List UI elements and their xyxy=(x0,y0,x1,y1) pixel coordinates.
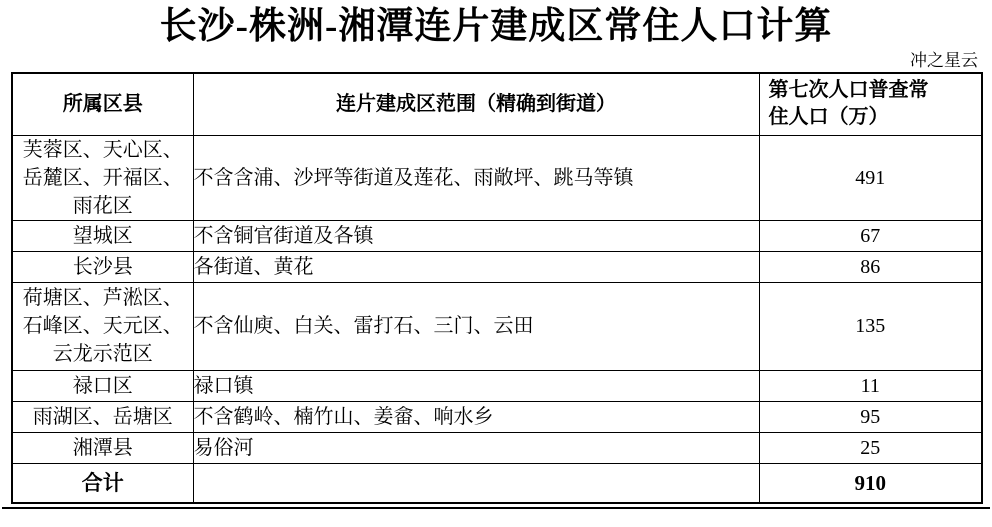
district-cell: 湘潭县 xyxy=(12,432,193,463)
bottom-rule xyxy=(2,507,990,509)
total-scope-cell xyxy=(193,463,759,503)
scope-cell: 易俗河 xyxy=(193,432,759,463)
table-row: 望城区 不含铜官街道及各镇 67 xyxy=(12,220,982,251)
district-cell: 禄口区 xyxy=(12,370,193,401)
district-cell: 望城区 xyxy=(12,220,193,251)
population-cell: 11 xyxy=(759,370,982,401)
table-row: 禄口区 禄口镇 11 xyxy=(12,370,982,401)
scope-cell: 不含含浦、沙坪等街道及莲花、雨敞坪、跳马等镇 xyxy=(193,135,759,220)
table-row: 湘潭县 易俗河 25 xyxy=(12,432,982,463)
total-population-cell: 910 xyxy=(759,463,982,503)
scope-cell: 不含仙庾、白关、雷打石、三门、云田 xyxy=(193,282,759,370)
population-table: 所属区县 连片建成区范围（精确到街道） 第七次人口普查常 住人口（万） 芙蓉区、… xyxy=(11,72,983,504)
table-row: 雨湖区、岳塘区 不含鹤岭、楠竹山、姜畲、响水乡 95 xyxy=(12,401,982,432)
population-cell: 25 xyxy=(759,432,982,463)
total-row: 合计 910 xyxy=(12,463,982,503)
district-cell: 芙蓉区、天心区、 岳麓区、开福区、 雨花区 xyxy=(12,135,193,220)
scope-cell: 各街道、黄花 xyxy=(193,251,759,282)
district-cell: 雨湖区、岳塘区 xyxy=(12,401,193,432)
col-header-population: 第七次人口普查常 住人口（万） xyxy=(759,73,982,135)
scope-cell: 不含铜官街道及各镇 xyxy=(193,220,759,251)
document-page: 长沙-株洲-湘潭连片建成区常住人口计算 冲之星云 所属区县 连片建成区范围（精确… xyxy=(0,0,992,527)
district-cell: 长沙县 xyxy=(12,251,193,282)
table-row: 荷塘区、芦淞区、 石峰区、天元区、 云龙示范区 不含仙庾、白关、雷打石、三门、云… xyxy=(12,282,982,370)
col-header-district: 所属区县 xyxy=(12,73,193,135)
page-title: 长沙-株洲-湘潭连片建成区常住人口计算 xyxy=(0,0,992,49)
population-cell: 67 xyxy=(759,220,982,251)
total-label-cell: 合计 xyxy=(12,463,193,503)
scope-cell: 不含鹤岭、楠竹山、姜畲、响水乡 xyxy=(193,401,759,432)
watermark-text: 冲之星云 xyxy=(0,50,992,72)
population-cell: 135 xyxy=(759,282,982,370)
population-cell: 86 xyxy=(759,251,982,282)
population-cell: 95 xyxy=(759,401,982,432)
header-row: 所属区县 连片建成区范围（精确到街道） 第七次人口普查常 住人口（万） xyxy=(12,73,982,135)
district-cell: 荷塘区、芦淞区、 石峰区、天元区、 云龙示范区 xyxy=(12,282,193,370)
table-row: 长沙县 各街道、黄花 86 xyxy=(12,251,982,282)
col-header-scope: 连片建成区范围（精确到街道） xyxy=(193,73,759,135)
scope-cell: 禄口镇 xyxy=(193,370,759,401)
population-cell: 491 xyxy=(759,135,982,220)
table-row: 芙蓉区、天心区、 岳麓区、开福区、 雨花区 不含含浦、沙坪等街道及莲花、雨敞坪、… xyxy=(12,135,982,220)
